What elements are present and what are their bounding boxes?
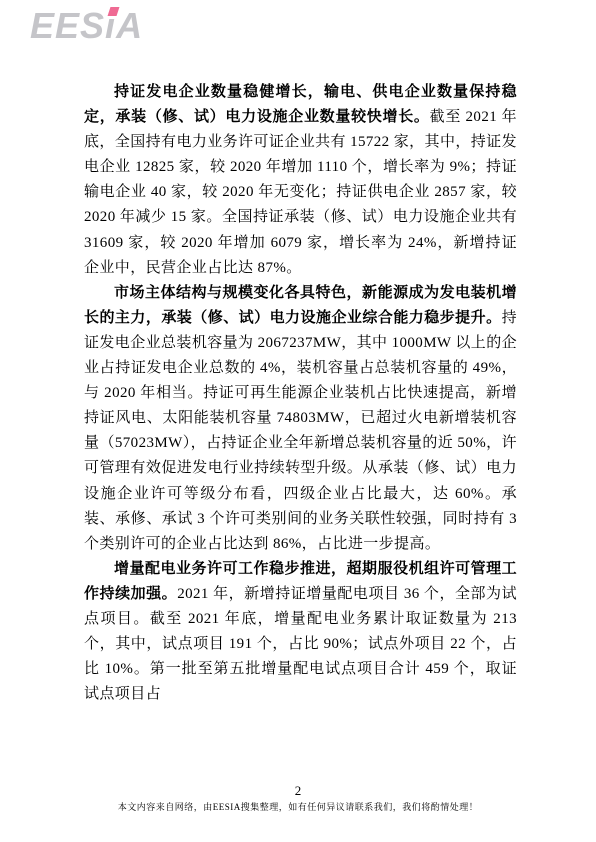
paragraph-incremental-distribution: 增量配电业务许可工作稳步推进，超期服役机组许可管理工作持续加强。2021 年，新… bbox=[84, 557, 517, 708]
document-body: 持证发电企业数量稳健增长，输电、供电企业数量保持稳定，承装（修、试）电力设施企业… bbox=[84, 80, 517, 707]
paragraph-body-text: 2021 年，新增持证增量配电项目 36 个，全部为试点项目。截至 2021 年… bbox=[84, 586, 517, 702]
logo-text-left: EES bbox=[30, 5, 105, 46]
page-number: 2 bbox=[0, 783, 596, 799]
logo-letter-i-with-pink-dot: i bbox=[105, 6, 116, 46]
logo-text-right: A bbox=[116, 5, 143, 46]
paragraph-lead-bold: 市场主体结构与规模变化各具特色，新能源成为发电装机增长的主力，承装（修、试）电力… bbox=[84, 285, 517, 326]
eesia-logo: EESiA bbox=[30, 6, 143, 46]
paragraph-body-text: 截至 2021 年底，全国持有电力业务许可证企业共有 15722 家，其中，持证… bbox=[84, 109, 517, 276]
paragraph-market-structure: 市场主体结构与规模变化各具特色，新能源成为发电装机增长的主力，承装（修、试）电力… bbox=[84, 281, 517, 557]
footer-disclaimer: 本文内容来自网络，由EESIA搜集整理，如有任何异议请联系我们，我们将酌情处理！ bbox=[0, 801, 596, 813]
document-page: EESiA 持证发电企业数量稳健增长，输电、供电企业数量保持稳定，承装（修、试）… bbox=[0, 0, 596, 842]
paragraph-licensed-enterprise-growth: 持证发电企业数量稳健增长，输电、供电企业数量保持稳定，承装（修、试）电力设施企业… bbox=[84, 80, 517, 281]
paragraph-body-text: 持证发电企业总装机容量为 2067237MW，其中 1000MW 以上的企业占持… bbox=[84, 310, 517, 552]
